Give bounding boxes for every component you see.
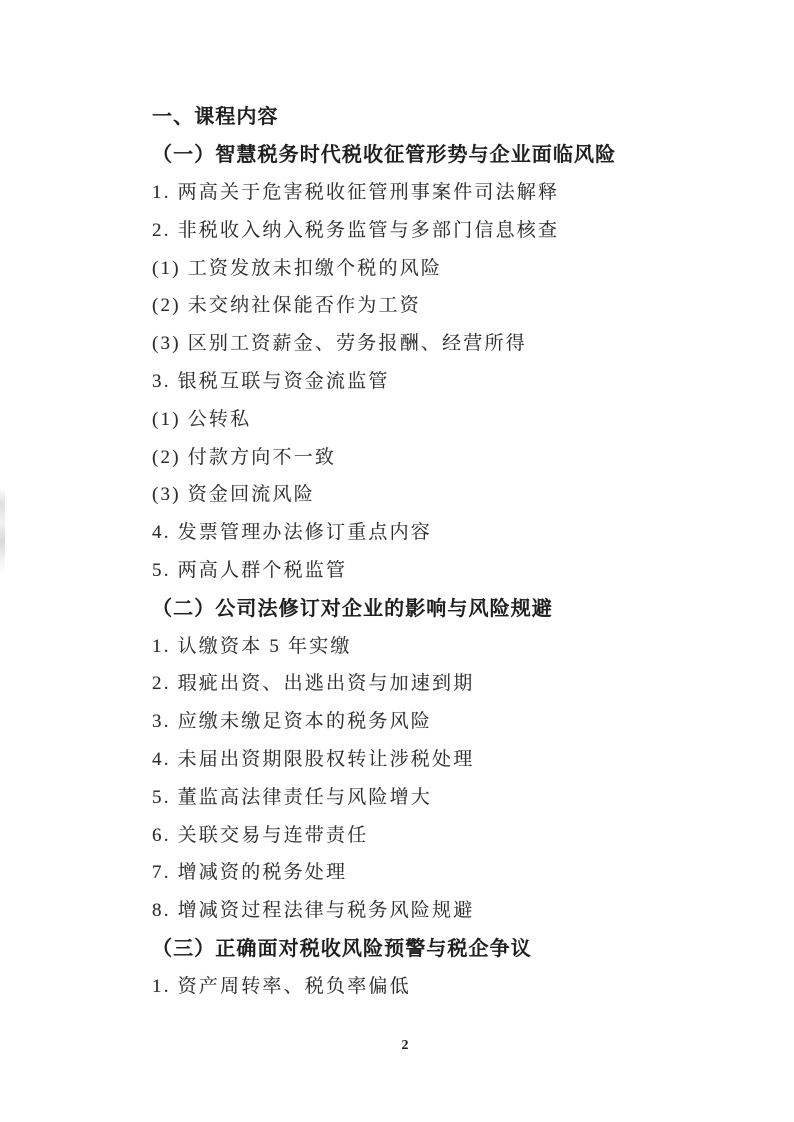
scan-artifact bbox=[0, 488, 5, 574]
section-heading: （三）正确面对税收风险预警与税企争议 bbox=[152, 928, 712, 966]
outline-item: 4. 未届出资期限股权转让涉税处理 bbox=[152, 739, 712, 777]
outline-item: (2) 未交纳社保能否作为工资 bbox=[152, 285, 712, 323]
outline-item: (1) 公转私 bbox=[152, 398, 712, 436]
outline-item: 1. 两高关于危害税收征管刑事案件司法解释 bbox=[152, 172, 712, 210]
outline-item: (3) 区别工资薪金、劳务报酬、经营所得 bbox=[152, 323, 712, 361]
outline-item: 1. 认缴资本 5 年实缴 bbox=[152, 625, 712, 663]
section-heading: （一）智慧税务时代税收征管形势与企业面临风险 bbox=[152, 134, 712, 172]
outline-item: (3) 资金回流风险 bbox=[152, 474, 712, 512]
outline-item: 1. 资产周转率、税负率偏低 bbox=[152, 965, 712, 1003]
outline-item: (2) 付款方向不一致 bbox=[152, 436, 712, 474]
outline-item: 4. 发票管理办法修订重点内容 bbox=[152, 512, 712, 550]
outline-item: 7. 增减资的税务处理 bbox=[152, 852, 712, 890]
outline-item: 2. 瑕疵出资、出逃出资与加速到期 bbox=[152, 663, 712, 701]
doc-title-line: 一、课程内容 bbox=[152, 96, 712, 134]
page-number: 2 bbox=[0, 1038, 794, 1054]
outline-item: 3. 银税互联与资金流监管 bbox=[152, 361, 712, 399]
outline-item: 5. 董监高法律责任与风险增大 bbox=[152, 776, 712, 814]
outline-item: 2. 非税收入纳入税务监管与多部门信息核查 bbox=[152, 209, 712, 247]
outline-item: 8. 增减资过程法律与税务风险规避 bbox=[152, 890, 712, 928]
outline-item: 6. 关联交易与连带责任 bbox=[152, 814, 712, 852]
outline-item: (1) 工资发放未扣缴个税的风险 bbox=[152, 247, 712, 285]
course-outline: 一、课程内容（一）智慧税务时代税收征管形势与企业面临风险1. 两高关于危害税收征… bbox=[152, 96, 712, 1003]
outline-item: 3. 应缴未缴足资本的税务风险 bbox=[152, 701, 712, 739]
section-heading: （二）公司法修订对企业的影响与风险规避 bbox=[152, 587, 712, 625]
document-page: 一、课程内容（一）智慧税务时代税收征管形势与企业面临风险1. 两高关于危害税收征… bbox=[0, 0, 794, 1122]
outline-item: 5. 两高人群个税监管 bbox=[152, 550, 712, 588]
